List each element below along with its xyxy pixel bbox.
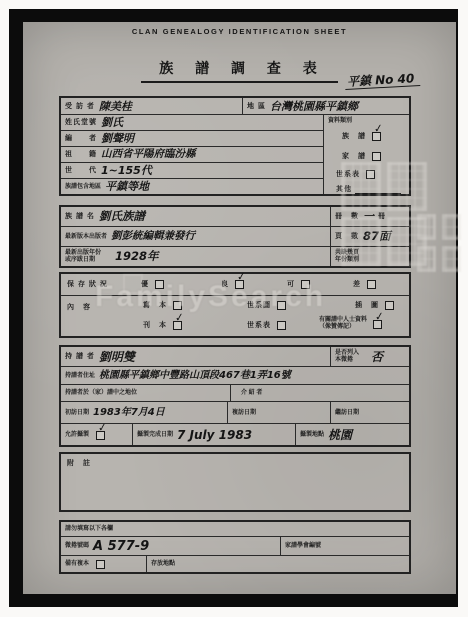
office-instruction-row: 請勿填寫以下各欄 [61,522,409,537]
address-label: 持譜者住址 [65,373,95,379]
missing-pages-cell: 共缺幾頁 年份類別 [331,247,409,266]
type-option-pedigree: 世系表 [336,170,375,178]
condition-box: 保 存 狀 況 優 良 ✓ 可 差 內 容 [59,272,411,338]
interviewee-value: 陳美桂 [99,101,132,112]
area-covered-row: 族譜包含地區 平鎮等地 [61,179,323,194]
condition-fair: 可 [287,280,310,288]
pages-label: 頁 數 [335,233,359,240]
reel-number-label: 微捲號碼 [65,543,89,549]
holder-cell: 持 譜 者 劉明雙 [61,347,331,366]
title-cell: 族 譜 名 劉氏族譜 [61,207,331,226]
film-place-value: 桃園 [328,429,352,441]
content-pedigree-chart: 世系圖 [247,301,286,309]
area-covered-label: 族譜包含地區 [65,184,101,190]
film-place-cell: 攝製地點 桃園 [296,424,409,445]
first-visit-label: 初訪日期 [65,410,89,416]
publisher-label: 最新版本出版者 [65,234,107,240]
ancestral-home-label: 祖 籍 [65,151,97,158]
pages-value: 87面 [363,231,391,243]
position-cell: 持譜者於（家）譜中之地位 [61,385,231,401]
condition-label: 保 存 狀 況 [67,281,108,288]
english-title: CLAN GENEALOGY IDENTIFICATION SHEET [23,27,456,36]
generations-value: 1~155代 [101,165,152,176]
introducer-cell: 介 紹 者 [231,385,409,401]
copy-cell: 備有複本 [61,556,147,572]
checkbox [366,170,375,179]
basic-rows: 姓氏堂號 劉氏 編 者 劉聲明 祖 籍 山西省平陽府臨汾縣 世 代 1~155代 [61,115,324,194]
condition-row: 保 存 狀 況 優 良 ✓ 可 差 [61,274,409,296]
checkbox [96,560,105,569]
material-type-header: 資料類別 [328,118,352,124]
region-label: 地 區 [247,103,266,110]
year-value: 1928年 [115,251,159,263]
holder-box: 持 譜 者 劉明雙 是否列入 本微捲 否 持譜者住址 桃園縣平鎮鄉中豐路山頂段4… [59,345,411,447]
generations-row: 世 代 1~155代 [61,163,323,179]
publisher-cell: 最新版本出版者 劉彭統編輯兼發行 [61,227,331,246]
missing-pages-label: 共缺幾頁 年份類別 [335,250,359,263]
type-option-clan: 族 譜 ✓ [342,132,381,140]
compiler-row: 編 者 劉聲明 [61,131,323,147]
condition-poor: 差 [353,280,376,288]
volumes-value: 一 [363,211,374,222]
checkbox [372,152,381,161]
copy-label: 備有複本 [65,561,89,567]
in-film-value: 否 [371,351,383,363]
film-place-label: 攝製地點 [300,432,324,438]
address-row: 持譜者住址 桃園縣平鎮鄉中豐路山頂段467巷1弄16號 [61,367,409,385]
location-label: 存放地點 [151,561,175,567]
holder-label: 持 譜 者 [65,353,95,360]
film-date-value: 7 July 1983 [177,429,252,441]
surname-row: 姓氏堂號 劉氏 [61,115,323,131]
office-instruction: 請勿填寫以下各欄 [65,526,113,532]
condition-excellent: 優 [141,280,164,288]
year-cell: 最新出版年份 或序跋日期 1928年 [61,247,331,266]
checkbox [277,301,286,310]
check-mark-icon: ✓ [373,123,384,135]
content-label: 內 容 [67,304,91,311]
type-option-other: 其他 [336,185,401,194]
region-value: 台灣桃園縣平鎮鄉 [270,101,358,112]
surname-label: 姓氏堂號 [65,119,97,126]
check-mark-icon: ✓ [174,312,185,324]
blank-line [355,185,401,194]
condition-good: 良 ✓ [221,280,244,288]
content-printed: 刊 本 ✓ [143,321,182,329]
content-biographies: 有關譜中人士資料 （像贊傳記） ✓ [319,317,382,330]
second-visit-label: 複訪日期 [232,410,256,416]
check-mark-icon: ✓ [236,271,247,283]
region-cell: 地 區 台灣桃園縣平鎮鄉 [243,98,409,114]
second-visit-cell: 複訪日期 [228,402,331,423]
content-row: 內 容 寫 本 世系圖 插 圖 刊 本 ✓ 世系表 [61,296,409,337]
year-label: 最新出版年份 或序跋日期 [65,250,101,263]
checkbox [367,280,376,289]
compiler-label: 編 者 [65,135,97,142]
ghost-stamp-icon [417,214,461,272]
holder-value: 劉明雙 [99,351,135,363]
position-label: 持譜者於（家）譜中之地位 [65,390,137,396]
compiler-value: 劉聲明 [101,133,134,144]
checkbox [385,301,394,310]
generations-label: 世 代 [65,167,97,174]
introducer-label: 介 紹 者 [241,390,262,396]
film-date-cell: 攝製完成日期 7 July 1983 [133,424,296,445]
in-film-cell: 是否列入 本微捲 否 [331,347,409,366]
notes-label: 附 註 [67,460,91,467]
first-visit-cell: 初訪日期 1983年7月4日 [61,402,228,423]
notes-box: 附 註 [59,452,411,512]
checkbox [155,280,164,289]
volumes-label: 冊 數 [335,213,359,220]
checkbox [277,321,286,330]
basic-info-box: 受 訪 者 陳美桂 地 區 台灣桃園縣平鎮鄉 姓氏堂號 劉氏 編 者 劉聲明 [59,96,411,196]
reel-number-value: A 577-9 [93,540,149,553]
office-box: 請勿填寫以下各欄 微捲號碼 A 577-9 家譜學會編號 備有複本 存放地點 [59,520,411,574]
content-illustrations: 插 圖 [355,301,394,309]
interviewee-label: 受 訪 者 [65,103,95,110]
area-covered-value: 平鎮等地 [105,181,149,192]
check-mark-icon: ✓ [97,422,108,434]
third-visit-cell: 繼訪日期 [331,402,409,423]
film-date-label: 攝製完成日期 [137,432,173,438]
scanned-document: CLAN GENEALOGY IDENTIFICATION SHEET 族 譜 … [0,0,468,617]
material-type-cell: 資料類別 族 譜 ✓ 家 譜 世系表 其他 [324,115,409,194]
interviewee-cell: 受 訪 者 陳美桂 [61,98,243,114]
checkbox [301,280,310,289]
ancestral-home-value: 山西省平陽府臨汾縣 [101,149,196,160]
in-film-label: 是否列入 本微捲 [335,350,359,363]
reel-number-cell: 微捲號碼 A 577-9 [61,537,281,555]
title-label: 族 譜 名 [65,213,95,220]
form-title: 族 譜 調 查 表 [141,58,338,83]
address-value: 桃園縣平鎮鄉中豐路山頂段467巷1弄16號 [99,371,291,381]
edition-box: 族 譜 名 劉氏族譜 冊 數 一 冊 最新版本出版者 劉彭統編輯兼發行 頁 數 … [59,205,411,268]
society-number-cell: 家譜學會編號 [281,537,409,555]
society-number-label: 家譜學會編號 [285,543,321,549]
location-cell: 存放地點 [147,556,409,572]
type-option-family: 家 譜 [342,152,381,160]
content-manuscript: 寫 本 [143,301,182,309]
ghost-square-icon [123,274,143,294]
volumes-cell: 冊 數 一 冊 [331,207,409,226]
title-value: 劉氏族譜 [99,211,145,223]
check-mark-icon: ✓ [374,311,385,323]
form-page: CLAN GENEALOGY IDENTIFICATION SHEET 族 譜 … [23,22,456,594]
checkbox [173,301,182,310]
ancestral-home-row: 祖 籍 山西省平陽府臨汾縣 [61,147,323,163]
volumes-unit: 冊 [378,213,386,220]
third-visit-label: 繼訪日期 [335,410,359,416]
permission-label: 允許攝製 [65,432,89,438]
publisher-value: 劉彭統編輯兼發行 [111,231,195,242]
serial-number: 平鎮 No 40 [345,72,421,90]
surname-value: 劉氏 [101,117,123,128]
content-pedigree-table: 世系表 [247,321,286,329]
pages-cell: 頁 數 87面 [331,227,409,246]
permission-cell: 允許攝製 ✓ [61,424,133,445]
first-visit-value: 1983年7月4日 [93,408,165,418]
